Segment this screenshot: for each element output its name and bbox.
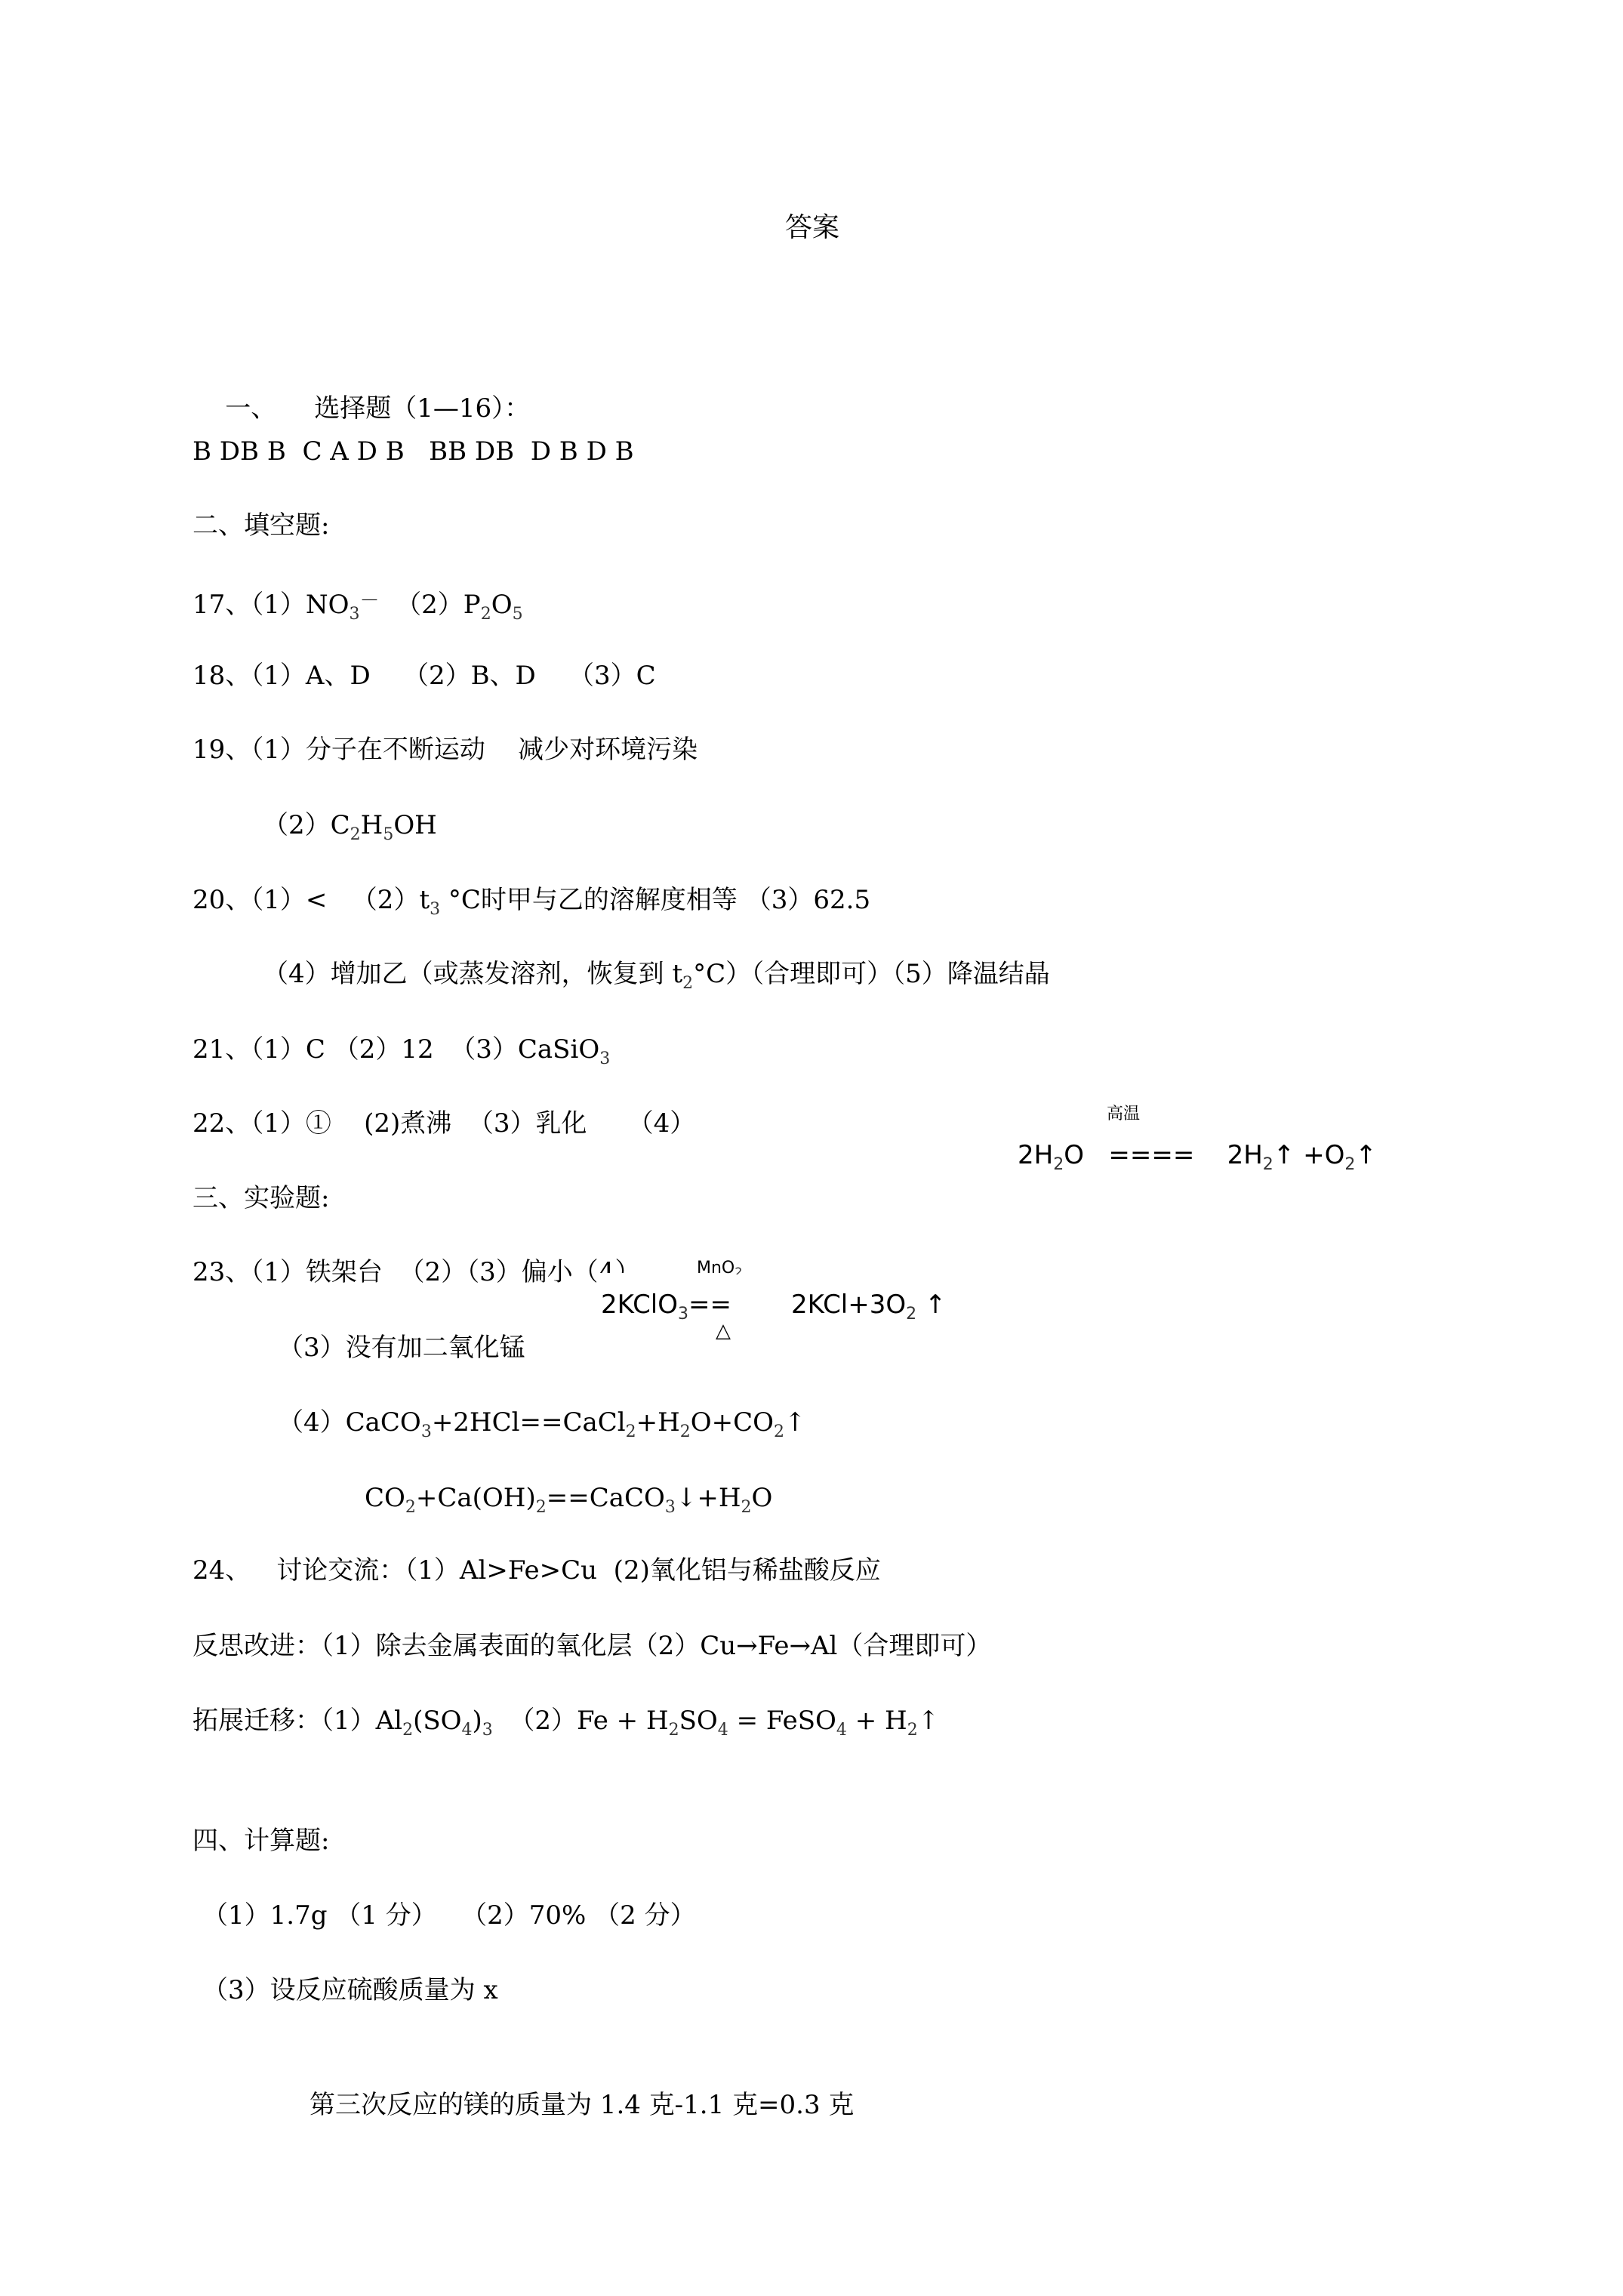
subscript: 3 [599,1049,610,1068]
question-number: 22、 [192,1108,251,1139]
answer-part: O [491,590,513,620]
subscript: 2 [536,1498,547,1517]
subscript: 2 [741,1498,752,1517]
subscript: 2 [682,974,693,993]
calc-answer-line3: 第三次反应的镁的质量为 1.4 克-1.1 克=0.3 克 [310,2090,854,2120]
up-arrow-icon: ↑ [925,1290,947,1320]
subscript: 2 [1344,1155,1355,1174]
choice-answers: B DB B C A D B BB DB D B D B [192,436,634,467]
eq-part: （2）Fe + H [493,1706,669,1736]
question-number: 17、 [192,590,251,620]
eq-part: O+CO [691,1407,774,1438]
subscript: 2 [405,1498,416,1517]
subscript: 2 [735,1265,742,1274]
answer-part: （2）C [263,810,350,840]
eq-part: O [752,1483,773,1513]
answer-18: 18、（1）A、D （2）B、D （3）C [192,661,656,691]
heat-triangle-icon: △ [716,1320,731,1342]
eq-part: SO [679,1706,718,1736]
eq-part: O [1064,1140,1084,1170]
up-arrow-icon: ↑ [784,1407,806,1438]
answer-20-line2: （4）增加乙（或蒸发溶剂，恢复到 t2°C）（合理即可）（5）降温结晶 [263,959,1050,989]
subscript: 2 [907,1721,918,1740]
answer-23-line2: （3）没有加二氧化锰 [278,1333,525,1363]
equation-kclo3-left: 2KClO3== [601,1290,731,1330]
answer-23-line3: （4）CaCO3+2HCl==CaCl2+H2O+CO2↑ [278,1407,806,1438]
eq-part: MnO [697,1259,735,1274]
answer-part: °C时甲与乙的溶解度相等 （3）62.5 [440,885,870,915]
answer-part: （4）增加乙（或蒸发溶剂，恢复到 t [263,959,682,989]
question-number: 19、 [192,735,251,765]
eq-part: （4）CaCO [278,1407,421,1438]
answer-part: （1）< （2）t [251,885,430,915]
question-number: 21、 [192,1034,251,1065]
eq-part: +H [636,1407,680,1438]
eq-part: ==CaCO [547,1483,665,1513]
answer-23-line4: CO2+Ca(OH)2==CaCO3↓+H2O [365,1483,772,1513]
answer-19-line1: 19、（1）分子在不断运动 减少对环境污染 [192,735,698,765]
subscript: 3 [482,1721,493,1740]
section-heading-experiment: 三、实验题: [192,1183,329,1213]
eq-part: + H [847,1706,907,1736]
subscript: 2 [481,605,491,624]
superscript: － [360,590,380,612]
answer-21: 21、（1）C （2）12 （3）CaSiO3 [192,1034,610,1065]
subscript: 5 [513,605,523,624]
answer-22: 22、（1）① (2)煮沸 （3）乳化 （4） [192,1108,695,1139]
question-number: 23、 [192,1257,251,1287]
answer-part: H [361,810,383,840]
answer-part: °C）（合理即可）（5）降温结晶 [693,959,1050,989]
section-heading-choice: 一、选择题（1—16）： [192,363,530,393]
answer-text: （1）铁架台 （2）（3）偏小（4） [251,1257,640,1287]
up-arrow-icon: ↑ [1273,1140,1295,1170]
subscript: 2 [906,1305,916,1324]
eq-sign: == [688,1290,731,1320]
subscript: 3 [430,900,440,919]
up-arrow-icon: ↑ [918,1706,940,1736]
answer-text: （1）A、D （2）B、D （3）C [251,661,655,691]
subscript: 4 [836,1721,847,1740]
eq-part: +Ca(OH) [416,1483,536,1513]
eq-part: = FeSO [728,1706,836,1736]
up-arrow-icon: ↑ [1355,1140,1377,1170]
subscript: 4 [462,1721,473,1740]
page-title: 答案 [785,213,839,243]
eq-part: 2KClO [601,1290,678,1320]
answer-text: 讨论交流：（1）Al>Fe>Cu (2)氧化铝与稀盐酸反应 [276,1555,881,1586]
answer-19-line2: （2）C2H5OH [263,810,437,840]
eq-part: 2KCl+3O [791,1290,906,1320]
section-heading-calculation: 四、计算题: [192,1826,329,1856]
reaction-condition-high-temp: 高温 [1107,1105,1140,1123]
calc-answer-line2: （3）设反应硫酸质量为 x [202,1975,498,2005]
subscript: 2 [669,1721,679,1740]
eq-part: ) [473,1706,482,1736]
eq-sign: ==== [1108,1140,1194,1170]
answer-part: OH [393,810,437,840]
answer-24-line3: 拓展迁移：（1）Al2(SO4)3 （2）Fe + H2SO4 = FeSO4 … [192,1706,939,1736]
question-number: 24、 [192,1555,251,1586]
subscript: 2 [1053,1155,1064,1174]
section-number: 一、 [225,393,276,424]
answer-text: （1）分子在不断运动 减少对环境污染 [251,735,698,765]
calc-answer-line1: （1）1.7g （1 分） （2）70% （2 分） [202,1900,696,1931]
answer-part: （1）NO [251,590,349,620]
subscript: 3 [350,605,360,624]
eq-part: 2H [1018,1140,1053,1170]
subscript: 2 [680,1422,691,1441]
subscript: 2 [350,825,361,844]
answer-part: （1）C （2）12 （3）CaSiO [251,1034,599,1065]
eq-part: CO [365,1483,405,1513]
answer-20-line1: 20、（1）< （2）t3 °C时甲与乙的溶解度相等 （3）62.5 [192,885,870,915]
answer-24-line1: 24、讨论交流：（1）Al>Fe>Cu (2)氧化铝与稀盐酸反应 [192,1555,881,1586]
answer-24-line2: 反思改进：（1）除去金属表面的氧化层（2）Cu→Fe→Al（合理即可） [192,1631,991,1661]
eq-part: 2H [1227,1140,1263,1170]
equation-box-occlusion [596,1273,710,1290]
subscript: 2 [402,1721,413,1740]
subscript: 2 [1263,1155,1273,1174]
equation-water-decomposition: 2H2O ==== 2H2↑ +O2↑ [1018,1140,1377,1180]
subscript: 2 [774,1422,784,1441]
subscript: 3 [665,1498,676,1517]
subscript: 3 [678,1305,688,1324]
subscript: 2 [626,1422,636,1441]
subscript: 5 [383,825,393,844]
question-number: 18、 [192,661,251,691]
question-number: 20、 [192,885,251,915]
answer-text: （1）① (2)煮沸 （3）乳化 （4） [251,1108,695,1139]
subscript: 4 [718,1721,728,1740]
eq-part: (SO [413,1706,461,1736]
eq-part: ↓+H [676,1483,741,1513]
section-title: 选择题（1—16）： [314,393,530,424]
eq-part: +O [1303,1140,1344,1170]
answer-17: 17、（1）NO3－ （2）P2O5 [192,586,523,616]
eq-part: 拓展迁移：（1）Al [192,1706,402,1736]
answer-part: （2）P [396,590,481,620]
section-heading-fill: 二、填空题: [192,510,329,541]
equation-kclo3-right: 2KCl+3O2 ↑ [791,1290,946,1330]
catalyst-label: MnO2 [697,1259,742,1274]
subscript: 3 [421,1422,432,1441]
eq-part: +2HCl==CaCl [432,1407,626,1438]
